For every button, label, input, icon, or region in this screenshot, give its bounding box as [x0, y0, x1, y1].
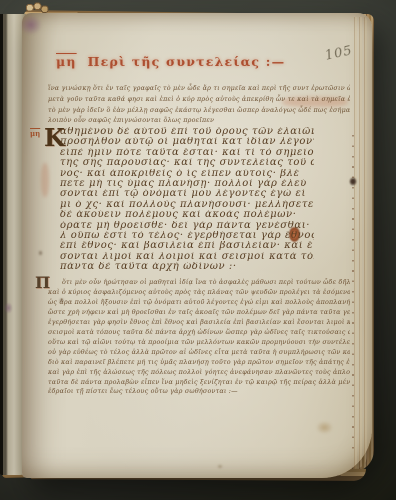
commentary-line: οὐ γὰρ εὐθέως τὸ τέλος ἀλλὰ πρῶτον αἱ ὠδ…: [48, 348, 350, 358]
photo-background: μη Περὶ τῆς συντελείας :— 105 μη ἵνα γιν…: [0, 0, 396, 500]
stacked-page-lines: [354, 17, 367, 469]
commentary-line: ὡς ἄρα πολλοὶ ἥξουσιν ἐπὶ τῷ ὀνόματι αὐτ…: [48, 298, 350, 308]
commentary-line: οὕτω καὶ τῷ αἰῶνι τούτῳ τὰ προοίμια τῶν …: [48, 338, 350, 348]
margin-chapter-mark: μη: [30, 129, 40, 138]
gospel-text-line: μι ὁ χς· καὶ πολλοὺς πλανήσουσι· μελλήσε…: [60, 200, 314, 210]
commentary-line: σεισμοὶ κατὰ τόπους ταῦτα δὲ πάντα ἀρχὴ …: [48, 328, 350, 338]
commentary-line: ὥστε χρὴ νήφειν καὶ μὴ θροεῖσθαι ἐν ταῖς…: [48, 308, 350, 318]
gospel-text-line: λ οὔπω ἐστὶ τὸ τέλος· ἐγερθήσεται γὰρ ἔθ…: [60, 231, 314, 241]
commentary-line: ὅτι μὲν οὖν ἠρώτησαν οἱ μαθηταὶ ἰδίᾳ ἵνα…: [48, 278, 350, 288]
ink-speck: [218, 465, 222, 468]
dark-spot: [349, 177, 357, 186]
commentary-line: καὶ γὰρ ἐπὶ τῆς ἁλώσεως τῆς πόλεως πολλο…: [48, 368, 350, 378]
gospel-text-line: σονται λιμοὶ καὶ λοιμοὶ καὶ σεισμοὶ κατὰ…: [60, 252, 314, 262]
commentary-line: μετὰ γοῦν ταῦτα καθά φησι καὶ ἐπεὶ ὁ κύρ…: [48, 94, 350, 105]
chapter-title: Περὶ τῆς συντελείας :—: [88, 54, 286, 69]
gospel-text-line: πετε μή τις ὑμᾶς πλανήσῃ· πολλοὶ γὰρ ἐλε…: [60, 179, 314, 189]
folio-number: 105: [324, 43, 354, 63]
gospel-text-line: ὁρᾶτε μὴ θροεῖσθε· δεῖ γὰρ πάντα γενέσθα…: [60, 221, 314, 231]
manuscript-page-folio-105: μη Περὶ τῆς συντελείας :— 105 μη ἵνα γιν…: [22, 13, 372, 478]
gospel-text-line: δὲ ἀκούειν πολέμους καὶ ἀκοὰς πολέμων·: [60, 210, 314, 220]
gospel-text-line: σονται ἐπὶ τῷ ὀνόματί μου λέγοντες ἐγώ ε…: [60, 189, 314, 199]
gospel-text-line: αθημένου δὲ αὐτοῦ ἐπὶ τοῦ ὄρους τῶν ἐλαι…: [60, 127, 314, 137]
rubricated-chapter-heading: μη Περὶ τῆς συντελείας :—: [56, 54, 285, 69]
gospel-text-line: πάντα δὲ ταῦτα ἀρχὴ ὠδίνων :·: [60, 262, 314, 272]
gospel-text-line: εἰπὲ ἡμῖν πότε ταῦτα ἔσται· καὶ τί τὸ ση…: [60, 148, 314, 158]
commentary-line: ἑδραῖοι τῇ πίστει ἕως τέλους οὕτω γὰρ σω…: [48, 387, 326, 397]
chapter-numeral: μη: [56, 54, 77, 69]
ink-speck: [39, 251, 42, 255]
catena-commentary-top: ἵνα γινώσκῃ ὅτι ἐν ταῖς γραφαῖς τὸ μὲν ὧ…: [48, 83, 350, 126]
gospel-text-line: προσῆλθον αὐτῷ οἱ μαθηταὶ κατ ἰδίαν λέγο…: [60, 137, 314, 147]
commentary-line: ἐγερθήσεται γὰρ φησὶν ἔθνος ἐπὶ ἔθνος κα…: [48, 318, 350, 328]
gospel-text-line: νος· καὶ ἀποκριθεὶς ὁ ἰς εἶπεν αὐτοῖς· β…: [60, 169, 314, 179]
yellow-stain: [316, 421, 333, 434]
catena-commentary-bottom: ὅτι μὲν οὖν ἠρώτησαν οἱ μαθηταὶ ἰδίᾳ ἵνα…: [48, 278, 350, 397]
commentary-line: καὶ ὁ κύριος ἀσφαλιζόμενος αὐτοὺς πρὸς τ…: [48, 288, 350, 298]
commentary-line: διὸ καὶ παραινεῖ βλέπετε μή τις ὑμᾶς πλα…: [48, 358, 350, 368]
margin-red-smudge: [41, 163, 49, 197]
commentary-line: λοιπὸν οὖν σαφῶς ἐπιγνώσονται ὅλως προεῖ…: [48, 115, 241, 126]
commentary-line: ἵνα γινώσκῃ ὅτι ἐν ταῖς γραφαῖς τὸ μὲν ὧ…: [48, 83, 350, 94]
gospel-text-line: τῆς σῆς παρουσίας· καὶ τῆς συντελείας το…: [60, 158, 314, 168]
commentary-line: τὸ μὲν γὰρ ἰδεῖν ὃ ἐὰν μέλλῃ σαφῶς ἑκάστ…: [48, 105, 350, 116]
gospel-text-block: αθημένου δὲ αὐτοῦ ἐπὶ τοῦ ὄρους τῶν ἐλαι…: [60, 127, 314, 273]
violet-stain-top-left: [20, 15, 42, 35]
gospel-text-line: ἐπὶ ἔθνος· καὶ βασιλεία ἐπὶ βασιλείαν· κ…: [60, 241, 314, 251]
commentary-line: ταῦτα δὲ πάντα προλαβὼν εἶπεν ἵνα μηδεὶς…: [48, 378, 350, 388]
violet-stain-small: [4, 302, 13, 314]
